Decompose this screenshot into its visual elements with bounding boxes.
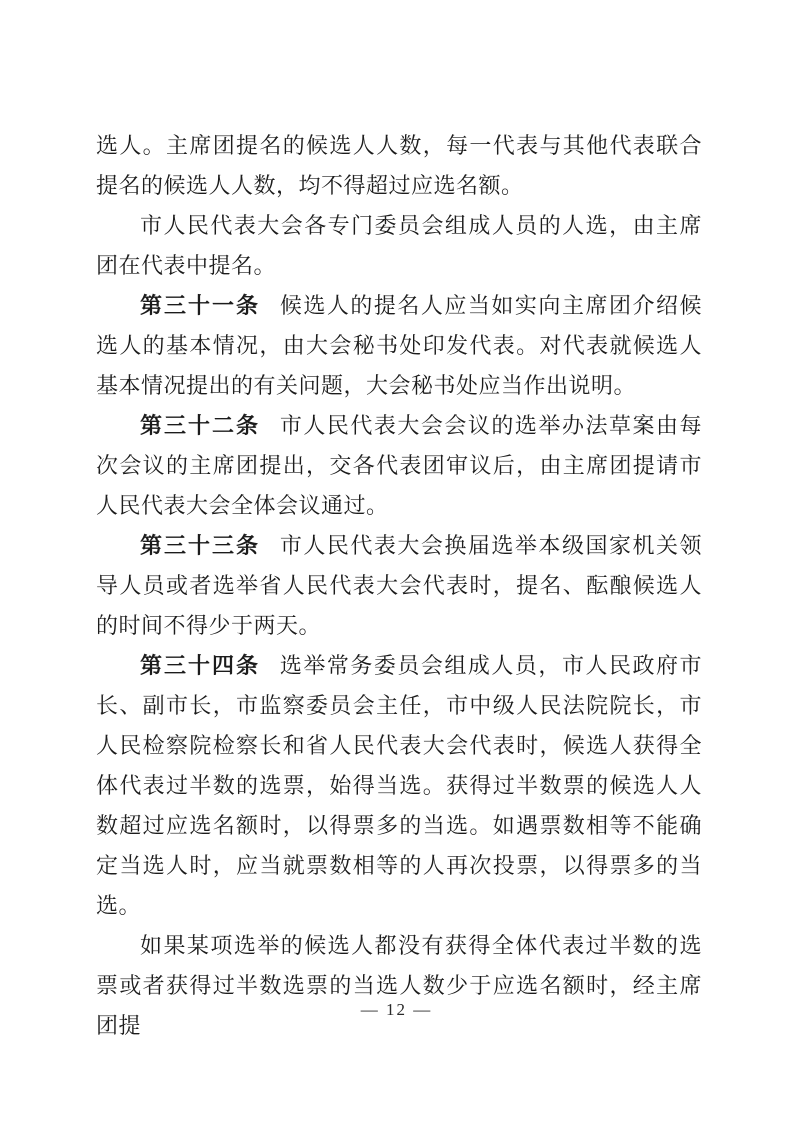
page-number: — 12 — <box>0 1000 793 1020</box>
paragraph-article-32: 第三十二条市人民代表大会会议的选举办法草案由每次会议的主席团提出，交各代表团审议… <box>96 406 702 526</box>
paragraph-committee-nomination: 市人民代表大会各专门委员会组成人员的人选，由主席团在代表中提名。 <box>96 206 702 286</box>
document-body: 选人。主席团提名的候选人人数，每一代表与其他代表联合提名的候选人人数，均不得超过… <box>96 126 702 1046</box>
paragraph-article-33: 第三十三条市人民代表大会换届选举本级国家机关领导人员或者选举省人民代表大会代表时… <box>96 526 702 646</box>
paragraph-continuation-from-previous-page: 选人。主席团提名的候选人人数，每一代表与其他代表联合提名的候选人人数，均不得超过… <box>96 126 702 206</box>
article-32-label: 第三十二条 <box>140 413 260 438</box>
article-34-label: 第三十四条 <box>140 653 260 678</box>
article-33-label: 第三十三条 <box>140 533 260 558</box>
paragraph-runoff-election: 如果某项选举的候选人都没有获得全体代表过半数的选票或者获得过半数选票的当选人数少… <box>96 926 702 1046</box>
paragraph-article-34: 第三十四条选举常务委员会组成人员，市人民政府市长、副市长，市监察委员会主任，市中… <box>96 646 702 926</box>
paragraph-article-31: 第三十一条候选人的提名人应当如实向主席团介绍候选人的基本情况，由大会秘书处印发代… <box>96 286 702 406</box>
article-31-label: 第三十一条 <box>140 293 260 318</box>
article-34-text: 选举常务委员会组成人员，市人民政府市长、副市长，市监察委员会主任，市中级人民法院… <box>96 653 702 918</box>
document-page: 选人。主席团提名的候选人人数，每一代表与其他代表联合提名的候选人人数，均不得超过… <box>0 0 793 1122</box>
